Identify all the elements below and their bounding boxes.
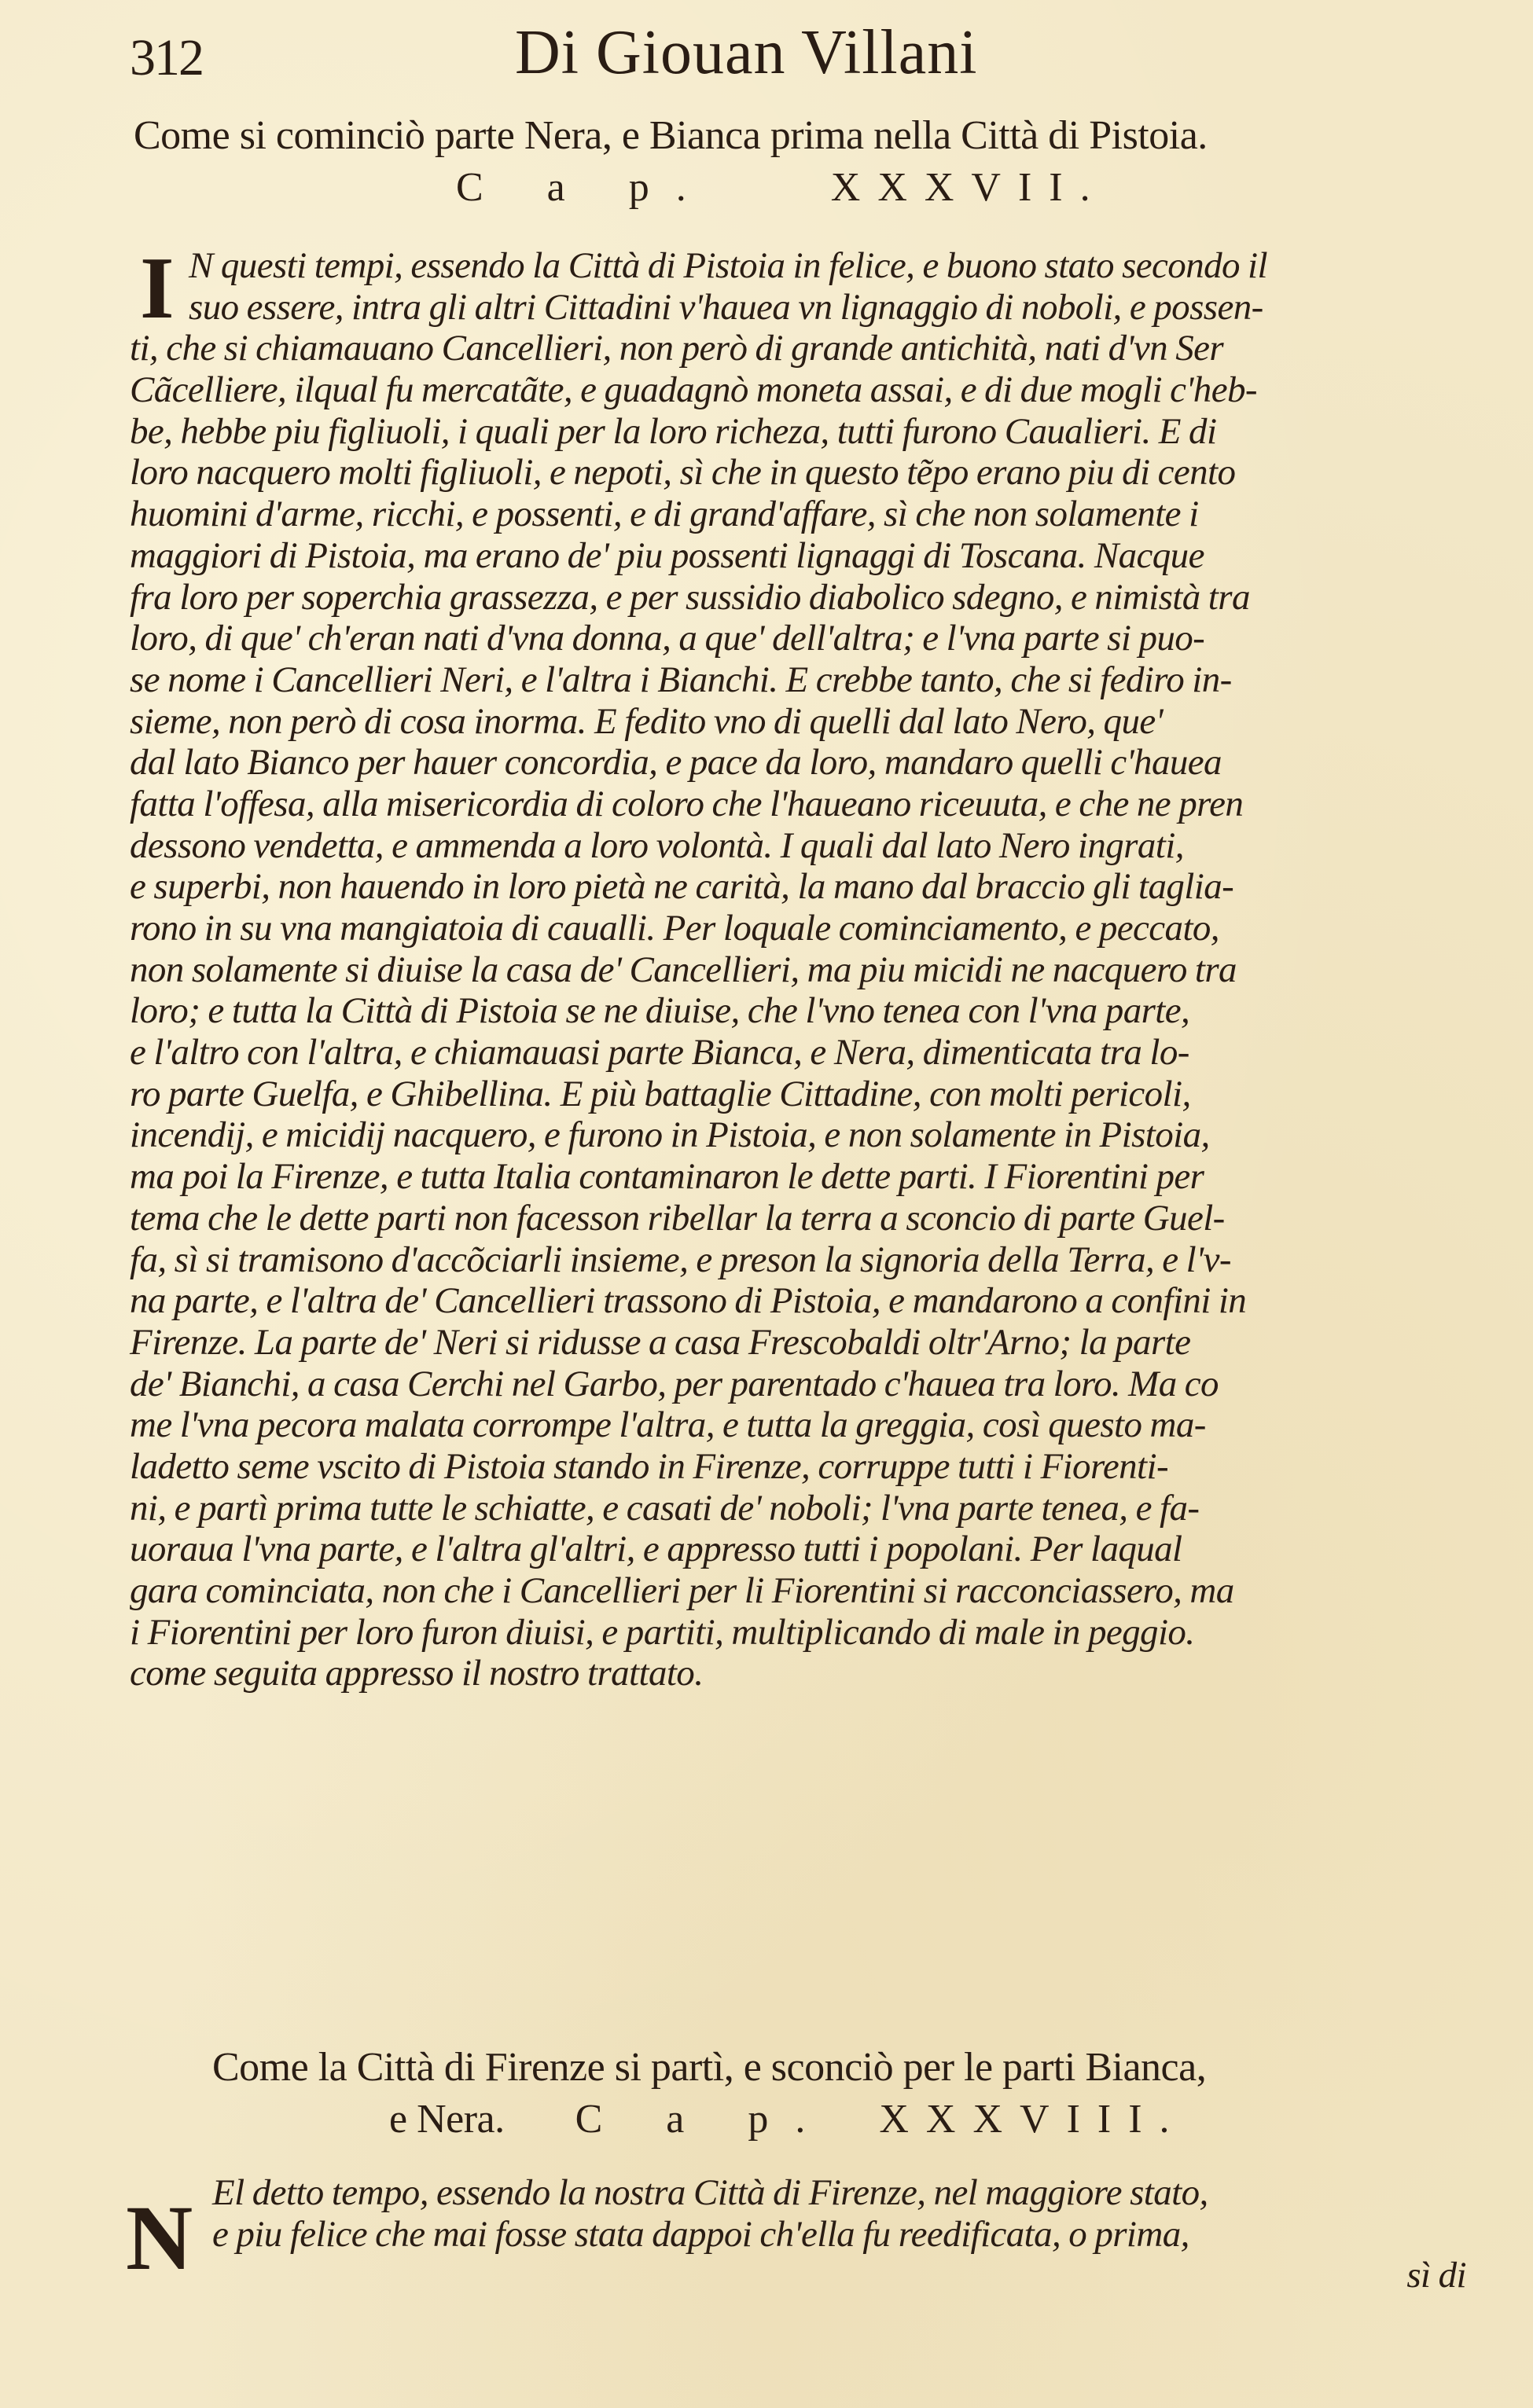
text-line: incendij, e micidij nacquero, e furono i… — [130, 1114, 1482, 1156]
chapter-37-body: N questi tempi, essendo la Città di Pist… — [130, 245, 1482, 1694]
text-line: tema che le dette parti non facesson rib… — [130, 1198, 1482, 1239]
chapter-38-cap-line: e Nera.C a p.XXXVIII. — [134, 2094, 1470, 2146]
book-page: 312 Di Giouan Villani Come si cominciò p… — [0, 0, 1533, 2408]
chapter-label: C a p. — [456, 165, 713, 210]
text-line: e piu felice che mai fosse stata dappoi … — [130, 2214, 1482, 2256]
text-line: loro nacquero molti figliuoli, e nepoti,… — [130, 452, 1482, 494]
catchword: sì di — [130, 2255, 1482, 2296]
chapter-number: XXXVII. — [831, 165, 1108, 210]
text-line: huomini d'arme, ricchi, e possenti, e di… — [130, 494, 1482, 535]
text-line: El detto tempo, essendo la nostra Città … — [130, 2172, 1482, 2214]
text-line: suo essere, intra gli altri Cittadini v'… — [130, 287, 1482, 329]
chapter-38-title: Come la Città di Firenze si partì, e sco… — [134, 2042, 1470, 2094]
chapter-38-title-continued: e Nera. — [389, 2097, 505, 2142]
book-title: Di Giouan Villani — [515, 17, 977, 89]
text-line: na parte, e l'altra de' Cancellieri tras… — [130, 1280, 1482, 1322]
text-line: maggiori di Pistoia, ma erano de' piu po… — [130, 535, 1482, 577]
text-line: de' Bianchi, a casa Cerchi nel Garbo, pe… — [130, 1364, 1482, 1405]
chapter-label: C a p. — [575, 2097, 833, 2142]
text-line: e superbi, non hauendo in loro pietà ne … — [130, 866, 1482, 908]
text-line: dal lato Bianco per hauer concordia, e p… — [130, 742, 1482, 784]
text-line: se nome i Cancellieri Neri, e l'altra i … — [130, 659, 1482, 701]
text-line: come seguita appresso il nostro trattato… — [130, 1653, 1482, 1694]
chapter-38-body: El detto tempo, essendo la nostra Città … — [130, 2172, 1482, 2296]
text-line: fatta l'offesa, alla misericordia di col… — [130, 784, 1482, 825]
text-line: rono in su vna mangiatoia di caualli. Pe… — [130, 908, 1482, 949]
text-line: N questi tempi, essendo la Città di Pist… — [130, 245, 1482, 287]
chapter-38-heading: Come la Città di Firenze si partì, e sco… — [134, 2042, 1470, 2146]
chapter-37-heading: Come si cominciò parte Nera, e Bianca pr… — [134, 110, 1470, 214]
text-line: non solamente si diuise la casa de' Canc… — [130, 949, 1482, 991]
text-line: ti, che si chiamauano Cancellieri, non p… — [130, 328, 1482, 369]
text-line: be, hebbe piu figliuoli, i quali per la … — [130, 411, 1482, 453]
text-line: ni, e partì prima tutte le schiatte, e c… — [130, 1488, 1482, 1529]
text-line: ladetto seme vscito di Pistoia stando in… — [130, 1446, 1482, 1488]
text-line: dessono vendetta, e ammenda a loro volon… — [130, 825, 1482, 867]
text-line: loro, di que' ch'eran nati d'vna donna, … — [130, 618, 1482, 659]
chapter-37-cap-line: C a p.XXXVII. — [134, 162, 1470, 214]
text-line: gara cominciata, non che i Cancellieri p… — [130, 1570, 1482, 1612]
text-line: Firenze. La parte de' Neri si ridusse a … — [130, 1322, 1482, 1364]
text-line: uoraua l'vna parte, e l'altra gl'altri, … — [130, 1529, 1482, 1570]
page-number: 312 — [130, 28, 203, 88]
text-line: ro parte Guelfa, e Ghibellina. E più bat… — [130, 1074, 1482, 1115]
text-line: i Fiorentini per loro furon diuisi, e pa… — [130, 1612, 1482, 1654]
text-line: loro; e tutta la Città di Pistoia se ne … — [130, 990, 1482, 1032]
chapter-number: XXXVIII. — [879, 2097, 1186, 2142]
text-line: Cãcelliere, ilqual fu mercatãte, e guada… — [130, 369, 1482, 411]
text-line: ma poi la Firenze, e tutta Italia contam… — [130, 1156, 1482, 1198]
running-head: 312 Di Giouan Villani — [130, 17, 1466, 104]
text-line: fa, sì si tramisono d'accõciarli insieme… — [130, 1239, 1482, 1281]
text-line: sieme, non però di cosa inorma. E fedito… — [130, 701, 1482, 743]
chapter-37-title: Come si cominciò parte Nera, e Bianca pr… — [134, 110, 1470, 162]
text-line: fra loro per soperchia grassezza, e per … — [130, 577, 1482, 619]
text-line: me l'vna pecora malata corrompe l'altra,… — [130, 1404, 1482, 1446]
text-line: e l'altro con l'altra, e chiamauasi part… — [130, 1032, 1482, 1074]
